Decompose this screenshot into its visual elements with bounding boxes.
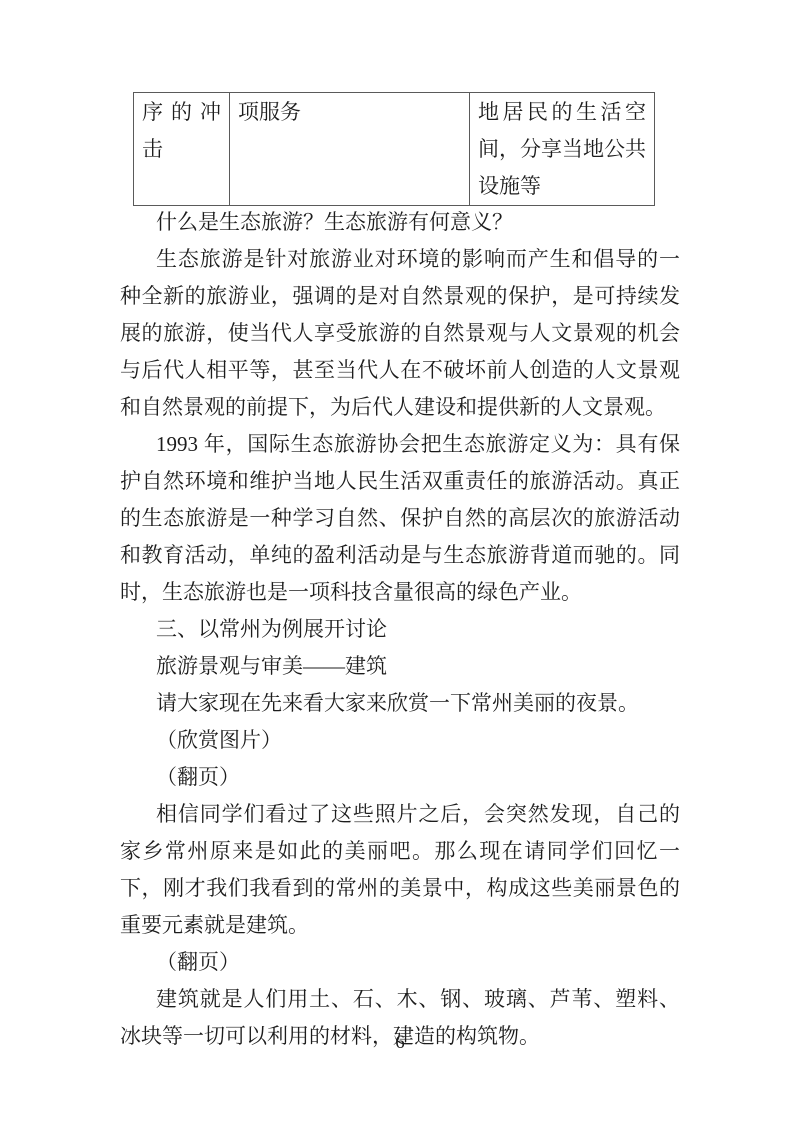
document-body: 什么是生态旅游？生态旅游有何意义？ 生态旅游是针对旅游业对环境的影响而产生和倡导… bbox=[120, 204, 680, 1055]
table-cell-service: 项服务 bbox=[230, 93, 470, 206]
page-number: 6 bbox=[0, 1031, 800, 1055]
document-page: 序的冲击 项服务 地居民的生活空间，分享当地公共设施等 什么是生态旅游？生态旅游… bbox=[0, 0, 800, 1131]
section-heading-three: 三、以常州为例展开讨论 bbox=[120, 611, 680, 648]
table-cell-impact: 序的冲击 bbox=[134, 93, 230, 206]
body-paragraph-hometown-beauty: 相信同学们看过了这些照片之后，会突然发现，自己的家乡常州原来是如此的美丽吧。那么… bbox=[120, 796, 680, 944]
stage-direction-view-pictures: （欣赏图片） bbox=[120, 722, 680, 759]
table-cell-living-space: 地居民的生活空间，分享当地公共设施等 bbox=[470, 93, 655, 206]
body-line-night-view: 请大家现在先来看大家来欣赏一下常州美丽的夜景。 bbox=[120, 685, 680, 722]
table-row: 序的冲击 项服务 地居民的生活空间，分享当地公共设施等 bbox=[134, 93, 655, 206]
stage-direction-turn-page-1: （翻页） bbox=[120, 759, 680, 796]
subsection-heading-architecture: 旅游景观与审美——建筑 bbox=[120, 648, 680, 685]
question-line: 什么是生态旅游？生态旅游有何意义？ bbox=[120, 204, 680, 241]
continuation-table: 序的冲击 项服务 地居民的生活空间，分享当地公共设施等 bbox=[133, 92, 655, 206]
body-paragraph-ecotourism-definition: 生态旅游是针对旅游业对环境的影响而产生和倡导的一种全新的旅游业，强调的是对自然景… bbox=[120, 241, 680, 426]
stage-direction-turn-page-2: （翻页） bbox=[120, 944, 680, 981]
body-paragraph-1993-definition: 1993 年，国际生态旅游协会把生态旅游定义为：具有保护自然环境和维护当地人民生… bbox=[120, 426, 680, 611]
